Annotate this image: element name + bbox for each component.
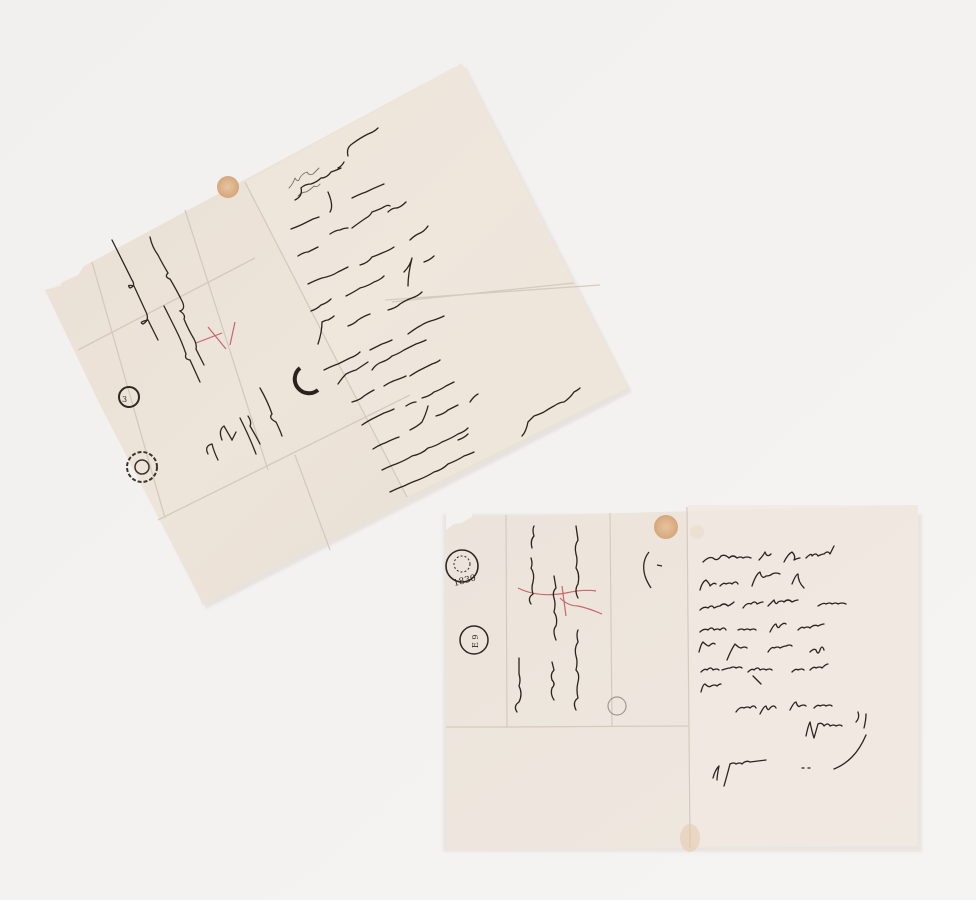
- svg-text:E 9: E 9: [471, 635, 480, 648]
- photo-scene: 3: [0, 0, 976, 900]
- wax-seal-residue: [217, 176, 239, 198]
- letter-2: 1830 E 9: [443, 505, 922, 852]
- svg-text:3: 3: [122, 395, 127, 404]
- wax-seal-residue: [654, 515, 678, 539]
